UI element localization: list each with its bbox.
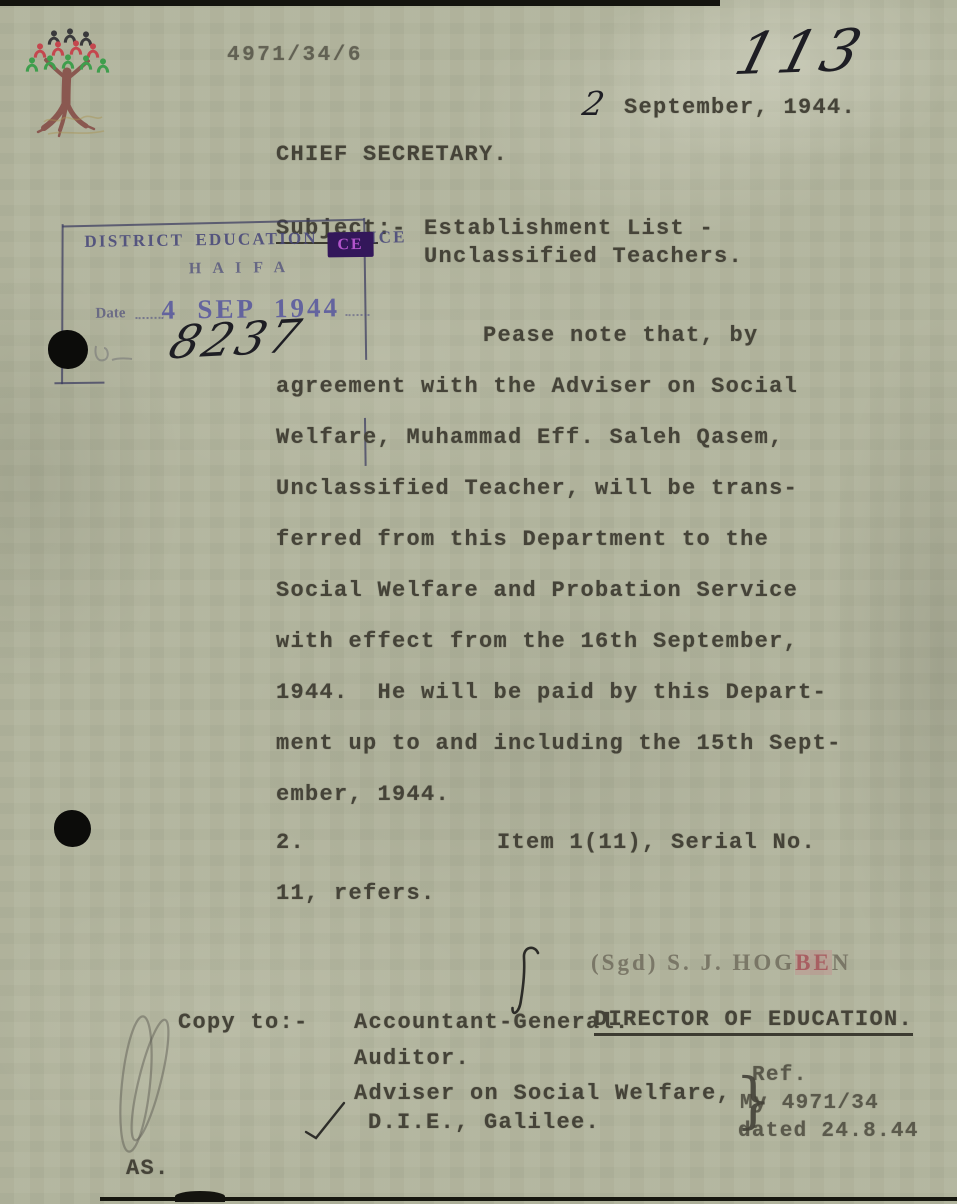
refnote-line2: My 4971/34 [740, 1092, 879, 1115]
copyto-item2: Auditor. [354, 1046, 470, 1071]
stray-pencil-mark [92, 338, 172, 374]
pencil-doodle [106, 1006, 186, 1171]
para2-number: 2. [276, 830, 305, 855]
body-line: with effect from the 16th September, [276, 616, 896, 667]
body-line: ment up to and including the 15th Sept- [276, 718, 896, 769]
sgd-accent: BE [795, 950, 832, 975]
body-line: Welfare, Muhammad Eff. Saleh Qasem, [276, 412, 896, 463]
body-line: Unclassified Teacher, will be trans- [276, 463, 896, 514]
scan-edge-bottom [100, 1197, 957, 1201]
stamp-border-bottom-stub [54, 382, 104, 385]
stamp-blob-letters: CE [337, 236, 363, 253]
body-line: ember, 1944. [276, 769, 896, 820]
copyto-item1: Accountant-General. [354, 1010, 630, 1035]
para2-line1: Item 1(11), Serial No. [497, 830, 816, 855]
body-line: agreement with the Adviser on Social [276, 361, 896, 412]
checkmark-icon [303, 1100, 347, 1142]
sgd-prefix: (Sgd) S. J. HOG [591, 950, 795, 975]
refnote-line1: Ref. [752, 1064, 808, 1087]
copyto-label: Copy to:- [178, 1010, 309, 1035]
body-paragraph-1: Pease note that, by agreement with the A… [276, 310, 896, 820]
watermark-script [38, 112, 116, 146]
copyto-item4: D.I.E., Galilee. [368, 1110, 600, 1135]
folio-number: 113 [728, 16, 873, 88]
scan-edge-top [0, 0, 720, 6]
date-day-handwritten: 2 [580, 84, 608, 123]
copyto-item3: Adviser on Social Welfare, [354, 1081, 731, 1106]
stamp-border-top [62, 219, 364, 228]
subject-line2: Unclassified Teachers. [424, 244, 743, 269]
signature-title-text: DIRECTOR OF EDUCATION. [594, 1007, 913, 1036]
body-line: ferred from this Department to the [276, 514, 896, 565]
addressee: CHIEF SECRETARY. [276, 142, 508, 167]
stamp-city: H A I F A [189, 259, 290, 278]
sgd-suffix: N [832, 950, 852, 975]
date-typed: September, 1944. [624, 95, 856, 120]
refnote-line3: dated 24.8.44 [738, 1120, 919, 1143]
para2-line2: 11, refers. [276, 881, 436, 906]
hole-punch-top [48, 330, 88, 369]
stamp-date-label: Date [95, 305, 125, 322]
stamp-date-leader-dots [136, 317, 164, 319]
stamp-ink-blob: CE [327, 232, 373, 258]
hole-punch-middle [54, 810, 91, 847]
file-reference: 4971/34/6 [227, 44, 363, 67]
scan-edge-blob [175, 1191, 225, 1202]
subject-line1: Establishment List - [424, 216, 714, 241]
body-line: Pease note that, by [483, 310, 896, 361]
body-line: 1944. He will be paid by this Depart- [276, 667, 896, 718]
body-line: Social Welfare and Probation Service [276, 565, 896, 616]
document-page: 4971/34/6 113 2 September, 1944. CHIEF S… [0, 0, 957, 1204]
